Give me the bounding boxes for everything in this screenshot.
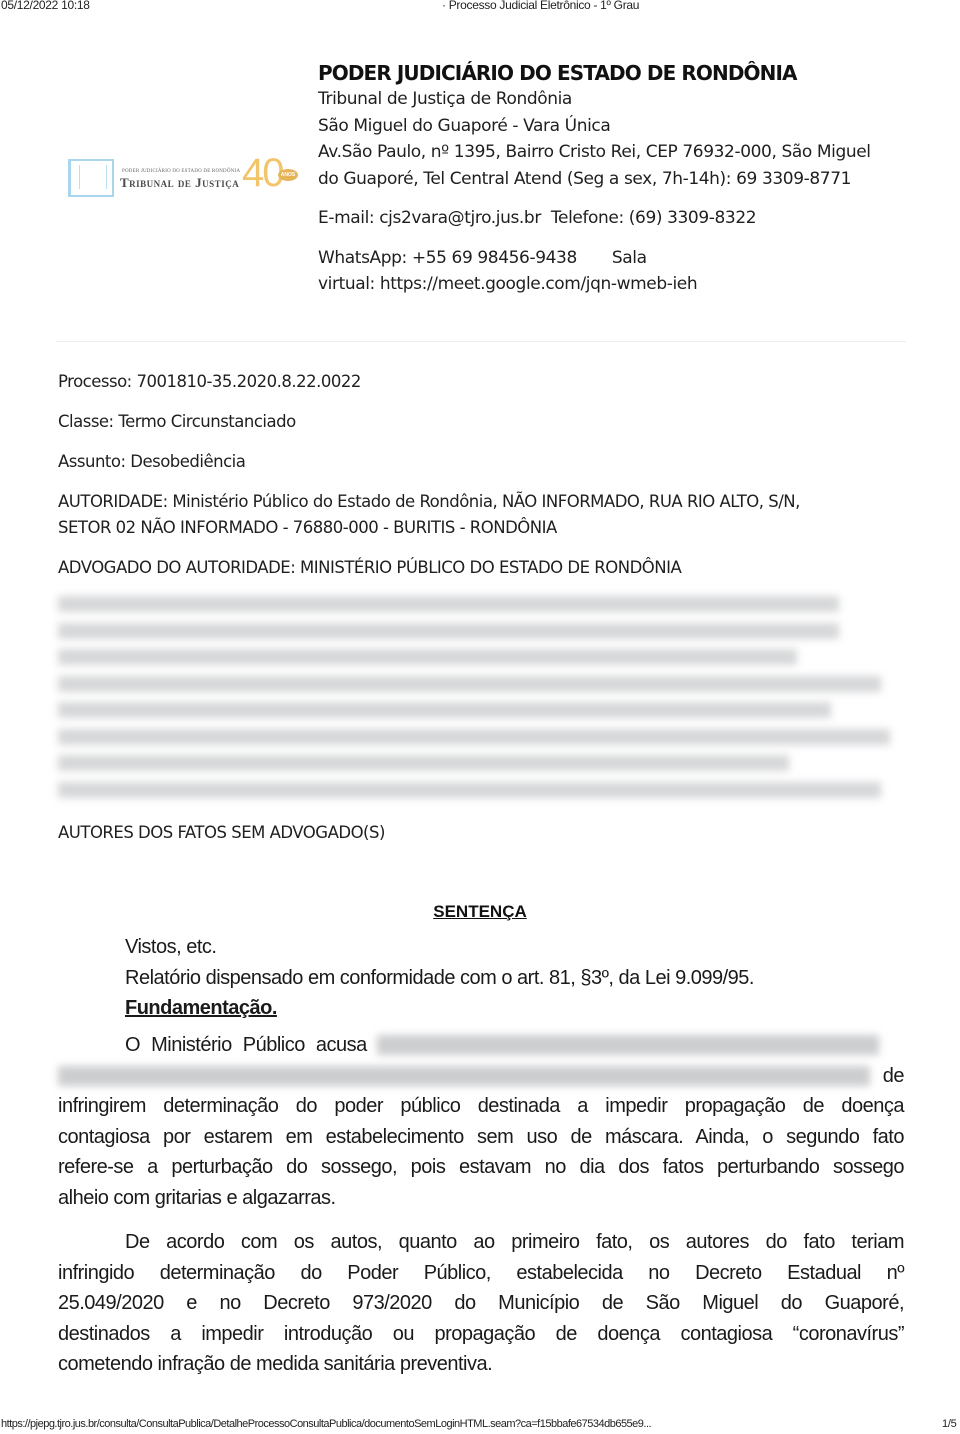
vistos: Vistos, etc. <box>58 932 904 963</box>
redacted-line <box>58 596 839 612</box>
p1-line: contagiosa por estarem em estabeleciment… <box>58 1122 904 1153</box>
redacted-line <box>58 676 881 692</box>
logo-anniversary: 40 <box>242 151 283 196</box>
redacted-line <box>58 649 797 665</box>
case-autores-sem-advogado: AUTORES DOS FATOS SEM ADVOGADO(S) <box>58 820 918 846</box>
p2-line: destinados a impedir introdução ou propa… <box>58 1319 904 1350</box>
case-advogado: ADVOGADO DO AUTORIDADE: MINISTÉRIO PÚBLI… <box>58 555 918 581</box>
case-autoridade-line1: AUTORIDADE: Ministério Público do Estado… <box>58 489 918 515</box>
p2-line: cometendo infração de medida sanitária p… <box>58 1349 904 1380</box>
redacted-line <box>58 755 789 771</box>
p1-line: refere-se a perturbação do sossego, pois… <box>58 1152 904 1183</box>
sentenca-heading: SENTENÇA <box>0 902 960 922</box>
courthouse-icon <box>68 159 114 197</box>
redacted-line <box>58 782 881 798</box>
p1-line: infringirem determinação do poder públic… <box>58 1091 904 1122</box>
court-tribunal: Tribunal de Justiça de Rondônia <box>318 86 918 113</box>
redacted-line <box>58 702 831 718</box>
p1-after-redaction: de <box>883 1061 904 1092</box>
p2-line: infringido determinação do Poder Público… <box>58 1258 904 1289</box>
court-address-line1: Av.São Paulo, nº 1395, Bairro Cristo Rei… <box>318 139 918 166</box>
court-vara: São Miguel do Guaporé - Vara Única <box>318 113 918 140</box>
logo-subtitle: PODER JUDICIÁRIO DO ESTADO DE RONDÔNIA <box>122 169 240 174</box>
p2-line: 25.049/2020 e no Decreto 973/2020 do Mun… <box>58 1288 904 1319</box>
print-datetime: 05/12/2022 10:18 <box>1 0 90 12</box>
redacted-names <box>58 1066 870 1086</box>
fundamentacao-heading: Fundamentação. <box>125 997 277 1019</box>
court-virtual-room: virtual: https://meet.google.com/jqn-wme… <box>318 271 918 298</box>
court-whatsapp: WhatsApp: +55 69 98456-9438 Sala <box>318 245 918 272</box>
relatorio: Relatório dispensado em conformidade com… <box>58 963 904 994</box>
court-header: PODER JUDICIÁRIO DO ESTADO DE RONDÔNIA T… <box>318 60 918 298</box>
case-autoridade-line2: SETOR 02 NÃO INFORMADO - 76880-000 - BUR… <box>58 515 918 541</box>
redacted-line <box>58 729 890 745</box>
redacted-names <box>377 1035 879 1055</box>
header-divider <box>56 341 906 342</box>
court-address-line2: do Guaporé, Tel Central Atend (Seg a sex… <box>318 166 918 193</box>
sentenca-body: Vistos, etc. Relatório dispensado em con… <box>58 932 904 1024</box>
redacted-line <box>58 623 839 639</box>
case-classe: Classe: Termo Circunstanciado <box>58 409 918 435</box>
print-page-number: 1/5 <box>942 1418 956 1430</box>
court-title: PODER JUDICIÁRIO DO ESTADO DE RONDÔNIA <box>318 60 918 86</box>
court-contact: E-mail: cjs2vara@tjro.jus.br Telefone: (… <box>318 205 918 232</box>
logo-anos-badge: ANOS <box>278 169 298 181</box>
paragraph-2: De acordo com os autos, quanto ao primei… <box>58 1227 904 1380</box>
print-page-title: · Processo Judicial Eletrônico - 1º Grau <box>442 0 639 12</box>
p1-start: O Ministério Público acusa <box>125 1030 367 1061</box>
case-processo: Processo: 7001810-35.2020.8.22.0022 <box>58 369 918 395</box>
print-header: 05/12/2022 10:18 · Processo Judicial Ele… <box>0 0 960 14</box>
case-assunto: Assunto: Desobediência <box>58 449 918 475</box>
paragraph-1: O Ministério Público acusa de infringire… <box>58 1030 904 1213</box>
p2-line: De acordo com os autos, quanto ao primei… <box>58 1227 904 1258</box>
p1-line: alheio com gritarias e algazarras. <box>58 1183 904 1214</box>
tribunal-logo: PODER JUDICIÁRIO DO ESTADO DE RONDÔNIA T… <box>66 155 298 201</box>
print-footer: https://pjepg.tjro.jus.br/consulta/Consu… <box>0 1418 960 1432</box>
print-url: https://pjepg.tjro.jus.br/consulta/Consu… <box>1 1418 651 1430</box>
redacted-parties-block <box>58 596 898 806</box>
logo-name: Tribunal de Justiça <box>120 175 239 191</box>
